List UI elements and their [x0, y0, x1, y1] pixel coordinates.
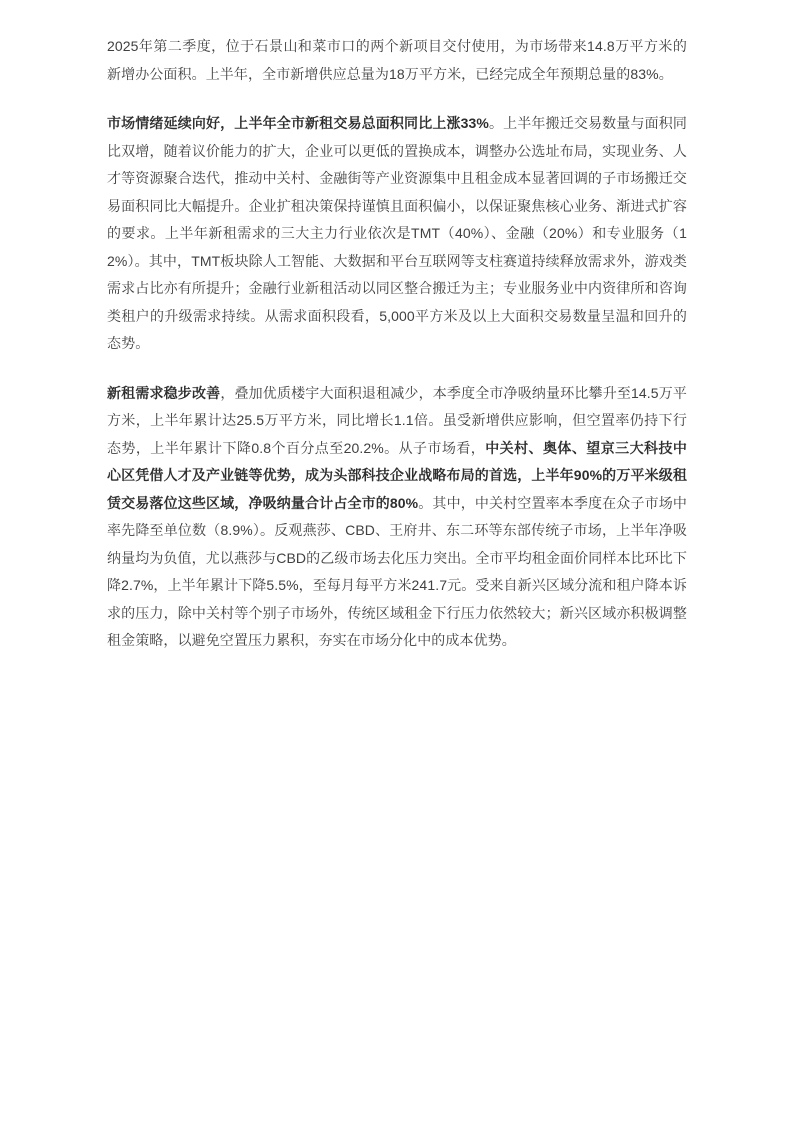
- paragraph-emphasis-text: 新租需求稳步改善: [107, 385, 220, 401]
- document-page: 2025年第二季度，位于石景山和菜市口的两个新项目交付使用，为市场带来14.8万…: [107, 33, 687, 677]
- paragraph-text: 2025年第二季度，位于石景山和菜市口的两个新项目交付使用，为市场带来14.8万…: [107, 38, 687, 82]
- paragraph-text: 。其中，中关村空置率本季度在众子市场中率先降至单位数（8.9%）。反观燕莎、CB…: [107, 495, 687, 649]
- paragraph-text: 。上半年搬迁交易数量与面积同比双增，随着议价能力的扩大，企业可以更低的置换成本，…: [107, 115, 687, 351]
- paragraph-supply: 2025年第二季度，位于石景山和菜市口的两个新项目交付使用，为市场带来14.8万…: [107, 33, 687, 88]
- paragraph-absorption-rent: 新租需求稳步改善，叠加优质楼宇大面积退租减少，本季度全市净吸纳量环比攀升至14.…: [107, 380, 687, 655]
- paragraph-emphasis-text: 市场情绪延续向好，上半年全市新租交易总面积同比上涨33%: [107, 115, 489, 131]
- paragraph-demand: 市场情绪延续向好，上半年全市新租交易总面积同比上涨33%。上半年搬迁交易数量与面…: [107, 110, 687, 358]
